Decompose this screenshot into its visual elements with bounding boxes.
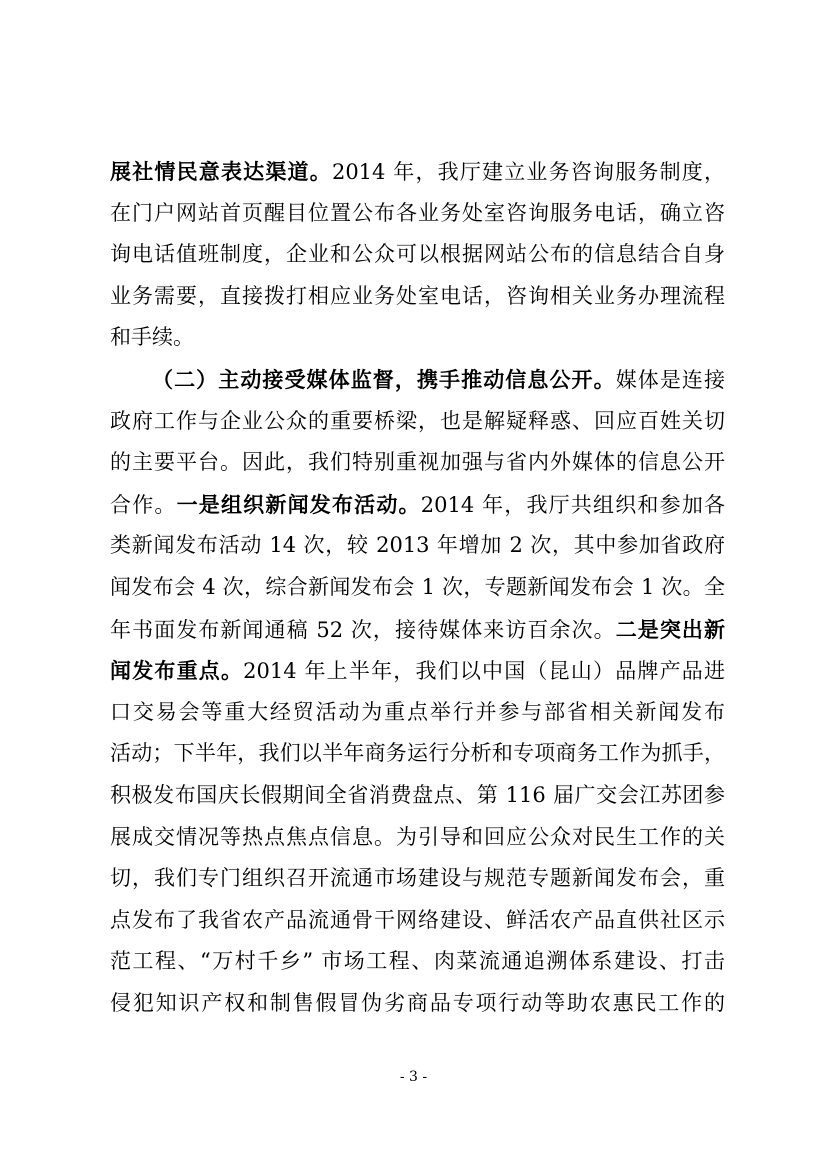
text-run: 合作。 xyxy=(110,493,177,517)
text-line: 的主要平台。因此，我们特别重视加强与省内外媒体的信息公开 xyxy=(110,442,725,484)
text-run: 范工程、“万村千乡” 市场工程、肉菜流通追溯体系建设、打击 xyxy=(110,949,725,973)
text-run: 侵犯知识产权和制售假冒伪劣商品专项行动等助农惠民工作的 xyxy=(110,991,725,1015)
text-run: 展成交情况等热点焦点信息。为引导和回应公众对民生工作的关 xyxy=(110,825,725,849)
document-page: 展社情民意表达渠道。2014 年，我厅建立业务咨询服务制度，在门户网站首页醒目位… xyxy=(0,0,827,1169)
text-line: 年书面发布新闻通稿 52 次，接待媒体来访百余次。二是突出新 xyxy=(110,609,725,651)
text-line: 展成交情况等热点焦点信息。为引导和回应公众对民生工作的关 xyxy=(110,817,725,859)
text-run: 积极发布国庆长假期间全省消费盘点、第 116 届广交会江苏团参 xyxy=(110,783,725,807)
text-run: 的主要平台。因此，我们特别重视加强与省内外媒体的信息公开 xyxy=(110,450,725,474)
text-line: 范工程、“万村千乡” 市场工程、肉菜流通追溯体系建设、打击 xyxy=(110,941,725,983)
text-run: 2014 年，我厅建立业务咨询服务制度， xyxy=(332,160,725,184)
bold-text-run: （二）主动接受媒体监督，携手推动信息公开。 xyxy=(152,367,616,392)
text-run: 点发布了我省农产品流通骨干网络建设、鲜活农产品直供社区示 xyxy=(110,908,725,932)
text-line: （二）主动接受媒体监督，携手推动信息公开。媒体是连接 xyxy=(110,359,725,401)
text-line: 切，我们专门组织召开流通市场建设与规范专题新闻发布会，重 xyxy=(110,858,725,900)
text-run: 类新闻发布活动 14 次，较 2013 年增加 2 次，其中参加省政府新 xyxy=(110,533,725,567)
text-line: 口交易会等重大经贸活动为重点举行并参与部省相关新闻发布 xyxy=(110,692,725,734)
bold-text-run: 二是突出新 xyxy=(616,617,725,642)
text-run: 切，我们专门组织召开流通市场建设与规范专题新闻发布会，重 xyxy=(110,866,725,890)
text-run: 媒体是连接 xyxy=(616,368,725,392)
text-line: 询电话值班制度，企业和公众可以根据网站公布的信息结合自身 xyxy=(110,234,725,276)
text-line: 在门户网站首页醒目位置公布各业务处室咨询服务电话，确立咨 xyxy=(110,193,725,235)
text-run: 2014 年，我厅共组织和参加各 xyxy=(421,493,725,517)
text-line: 积极发布国庆长假期间全省消费盘点、第 116 届广交会江苏团参 xyxy=(110,775,725,817)
bold-text-run: 一是组织新闻发布活动。 xyxy=(177,492,421,517)
text-run: 口交易会等重大经贸活动为重点举行并参与部省相关新闻发布 xyxy=(110,700,725,724)
text-line: 活动；下半年，我们以半年商务运行分析和专项商务工作为抓手， xyxy=(110,733,725,775)
document-body: 展社情民意表达渠道。2014 年，我厅建立业务咨询服务制度，在门户网站首页醒目位… xyxy=(110,151,725,1024)
text-run: 闻发布会 4 次，综合新闻发布会 1 次，专题新闻发布会 1 次。全 xyxy=(110,575,725,599)
text-run: 政府工作与企业公众的重要桥梁，也是解疑释惑、回应百姓关切 xyxy=(110,409,725,433)
page-number: - 3 - xyxy=(0,1068,827,1086)
text-run: 2014 年上半年，我们以中国（昆山）品牌产品进 xyxy=(243,659,725,683)
text-line: 侵犯知识产权和制售假冒伪劣商品专项行动等助农惠民工作的 xyxy=(110,983,725,1025)
text-run: 年书面发布新闻通稿 52 次，接待媒体来访百余次。 xyxy=(110,618,616,642)
text-line: 合作。一是组织新闻发布活动。2014 年，我厅共组织和参加各 xyxy=(110,484,725,526)
text-run: 和手续。 xyxy=(110,325,194,349)
text-line: 展社情民意表达渠道。2014 年，我厅建立业务咨询服务制度， xyxy=(110,151,725,193)
text-line: 业务需要，直接拨打相应业务处室电话，咨询相关业务办理流程 xyxy=(110,276,725,318)
text-line: 和手续。 xyxy=(110,317,725,359)
text-run: 活动；下半年，我们以半年商务运行分析和专项商务工作为抓手， xyxy=(110,741,725,765)
text-line: 政府工作与企业公众的重要桥梁，也是解疑释惑、回应百姓关切 xyxy=(110,401,725,443)
text-run: 在门户网站首页醒目位置公布各业务处室咨询服务电话，确立咨 xyxy=(110,201,725,225)
text-run: 询电话值班制度，企业和公众可以根据网站公布的信息结合自身 xyxy=(110,242,725,266)
bold-text-run: 展社情民意表达渠道。 xyxy=(110,159,332,184)
bold-text-run: 闻发布重点。 xyxy=(110,658,243,683)
text-run: 业务需要，直接拨打相应业务处室电话，咨询相关业务办理流程 xyxy=(110,284,725,308)
text-line: 类新闻发布活动 14 次，较 2013 年增加 2 次，其中参加省政府新 xyxy=(110,525,725,567)
text-line: 点发布了我省农产品流通骨干网络建设、鲜活农产品直供社区示 xyxy=(110,900,725,942)
text-line: 闻发布重点。2014 年上半年，我们以中国（昆山）品牌产品进 xyxy=(110,650,725,692)
text-line: 闻发布会 4 次，综合新闻发布会 1 次，专题新闻发布会 1 次。全 xyxy=(110,567,725,609)
